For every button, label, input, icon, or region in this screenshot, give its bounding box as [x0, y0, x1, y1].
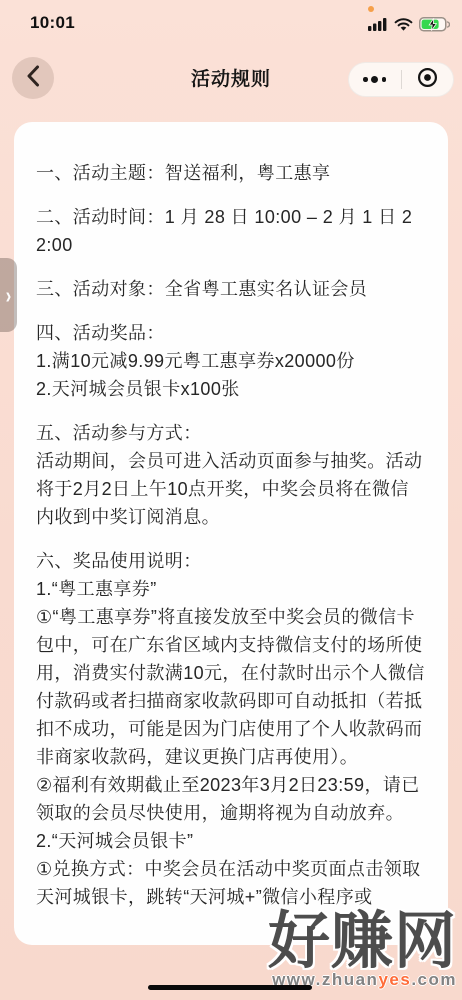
- rule-paragraph: 2.天河城会员银卡x100张: [36, 375, 426, 403]
- rule-section: 五、活动参与方式：活动期间，会员可进入活动页面参与抽奖。活动将于2月2日上午10…: [36, 419, 426, 531]
- watermark-url-highlight: yes: [378, 970, 411, 989]
- watermark-url-suffix: .com: [411, 970, 457, 989]
- battery-charging-icon: [419, 17, 450, 37]
- status-icons: [368, 17, 450, 37]
- status-time: 10:01: [30, 13, 75, 33]
- rule-paragraph: 1.满10元减9.99元粤工惠享券x20000份: [36, 347, 426, 375]
- rule-section: 二、活动时间：1 月 28 日 10:00 – 2 月 1 日 22:00: [36, 203, 426, 259]
- rules-card[interactable]: 一、活动主题：智送福利，粤工惠享二、活动时间：1 月 28 日 10:00 – …: [14, 122, 448, 945]
- rule-section: 六、奖品使用说明：1.“粤工惠享券”①“粤工惠享券”将直接发放至中奖会员的微信卡…: [36, 547, 426, 911]
- rule-paragraph: ②福利有效期截止至2023年3月2日23:59，请已领取的会员尽快使用，逾期将视…: [36, 771, 426, 827]
- rule-paragraph: 六、奖品使用说明：: [36, 547, 426, 575]
- rule-paragraph: 活动期间，会员可进入活动页面参与抽奖。活动将于2月2日上午10点开奖，中奖会员将…: [36, 447, 426, 531]
- more-button[interactable]: [349, 63, 401, 96]
- mini-program-capsule: [348, 62, 454, 97]
- rule-paragraph: ①兑换方式：中奖会员在活动中奖页面点击领取天河城银卡，跳转“天河城+”微信小程序…: [36, 855, 426, 911]
- rule-paragraph: 三、活动对象：全省粤工惠实名认证会员: [36, 275, 426, 303]
- home-indicator[interactable]: [148, 985, 312, 990]
- rule-paragraph: ①“粤工惠享券”将直接发放至中奖会员的微信卡包中，可在广东省区域内支持微信支付的…: [36, 603, 426, 771]
- rule-paragraph: 二、活动时间：1 月 28 日 10:00 – 2 月 1 日 22:00: [36, 203, 426, 259]
- rule-section: 三、活动对象：全省粤工惠实名认证会员: [36, 275, 426, 303]
- chevron-right-icon: ›: [6, 284, 12, 307]
- nav-bar: 活动规则: [0, 44, 462, 108]
- rule-paragraph: 一、活动主题：智送福利，粤工惠享: [36, 159, 426, 187]
- rule-paragraph: 四、活动奖品：: [36, 319, 426, 347]
- rule-section: 一、活动主题：智送福利，粤工惠享: [36, 159, 426, 187]
- side-panel-handle[interactable]: ›: [0, 258, 17, 332]
- mini-program-screen: 10:01: [0, 0, 462, 1000]
- status-bar: 10:01: [0, 0, 462, 44]
- ellipsis-icon: [363, 76, 386, 83]
- wifi-icon: [394, 18, 413, 37]
- target-circle-icon: [417, 67, 438, 93]
- signal-icon: [368, 18, 388, 36]
- rule-paragraph: 1.“粤工惠享券”: [36, 575, 426, 603]
- rule-section: 四、活动奖品：1.满10元减9.99元粤工惠享券x20000份2.天河城会员银卡…: [36, 319, 426, 403]
- capsule-home-button[interactable]: [402, 63, 454, 96]
- rule-paragraph: 五、活动参与方式：: [36, 419, 426, 447]
- privacy-indicator-dot: [368, 6, 374, 12]
- rule-paragraph: 2.“天河城会员银卡”: [36, 827, 426, 855]
